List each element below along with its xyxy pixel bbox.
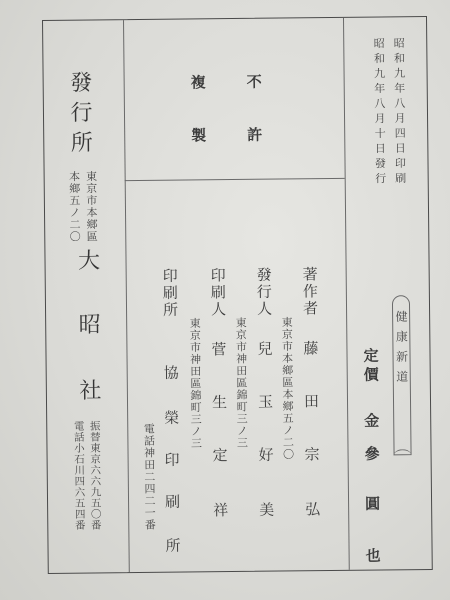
- publisher-phone: 電話小石川四六五四番: [73, 421, 85, 531]
- print-shop-name-4: 刷: [164, 494, 179, 509]
- printer-person-name-4: 祥: [212, 502, 227, 517]
- printer-person-name-1: 菅: [210, 341, 225, 356]
- divider-right-column: [343, 18, 350, 570]
- author-name-1: 藤: [302, 340, 317, 355]
- publish-date: 昭和九年八月十日發行: [373, 37, 386, 187]
- publisher-person-name-4: 美: [258, 502, 273, 517]
- author-address: 東京市本鄉區本鄉五ノ二〇: [281, 316, 294, 460]
- author-role: 著作者: [302, 266, 318, 317]
- price-part-2: 參: [363, 445, 378, 460]
- publisher-person-name-3: 好: [257, 447, 272, 462]
- publisher-name-char1: 大: [75, 248, 97, 270]
- publisher-address-line1: 東京市本鄉區: [86, 170, 98, 242]
- author-name-3: 宗: [303, 446, 318, 461]
- publisher-label: 發行所: [68, 71, 91, 161]
- series-title: 健康新道: [393, 310, 410, 390]
- author-name-2: 田: [303, 393, 318, 408]
- printer-person-name-3: 定: [211, 447, 226, 462]
- print-shop-name-2: 榮: [163, 410, 178, 425]
- divider-publisher: [123, 20, 130, 572]
- print-shop-name-5: 所: [164, 538, 179, 553]
- price-part-1: 金: [363, 413, 378, 428]
- publisher-transfer-account: 振替東京六六九五〇番: [89, 420, 101, 530]
- notice-fu: 不: [246, 74, 261, 89]
- publisher-person-address: 東京市神田區錦町三ノ三: [235, 317, 247, 449]
- print-shop-phone: 電話神田二四二一番: [143, 423, 155, 531]
- publisher-person-name-1: 兒: [256, 341, 271, 356]
- print-shop-name-1: 協: [163, 365, 178, 380]
- publisher-address-line2: 本鄉五ノ二〇: [69, 171, 81, 243]
- divider-notice: [125, 178, 345, 181]
- printer-person-name-2: 生: [211, 394, 226, 409]
- price-part-3: 圓: [364, 495, 379, 510]
- printer-person-address: 東京市神田區錦町三ノ三: [189, 317, 201, 449]
- print-date: 昭和九年八月四日印刷: [393, 37, 406, 187]
- printer-person-role: 印刷人: [210, 267, 226, 318]
- publisher-name-char3: 社: [77, 378, 99, 400]
- publisher-name-char2: 昭: [76, 312, 98, 334]
- price-label: 定價: [362, 348, 377, 386]
- print-shop-role: 印刷所: [162, 268, 178, 319]
- price-part-4: 也: [365, 547, 380, 562]
- publisher-person-name-2: 玉: [257, 394, 272, 409]
- notice-fuku: 複: [190, 74, 205, 89]
- colophon-frame: 發行所 東京市本鄉區 本鄉五ノ二〇 大 昭 社 振替東京六六九五〇番 電話小石川…: [42, 16, 433, 574]
- print-shop-name-3: 印: [164, 452, 179, 467]
- notice-kyo: 許: [246, 127, 261, 142]
- series-title-ribbon: 健康新道: [392, 295, 412, 455]
- notice-sei: 製: [190, 127, 205, 142]
- publisher-person-role: 發行人: [256, 267, 272, 318]
- author-name-4: 弘: [304, 501, 319, 516]
